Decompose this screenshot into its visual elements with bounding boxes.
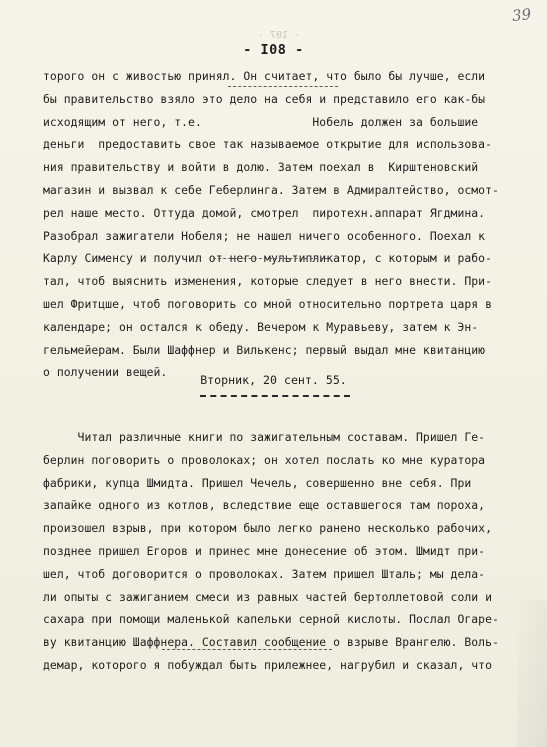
text-line: шел Фритцше, чтоб поговорить со мной отн…: [43, 297, 492, 311]
pencil-underline: [228, 86, 338, 87]
page-edge-shadow: [517, 600, 547, 747]
bleed-through-page-number: - 107 -: [258, 30, 300, 41]
text-line: сахара при помощи маленькой капельки сер…: [43, 612, 499, 626]
date-heading: Вторник, 20 сент. 55.: [0, 373, 547, 387]
date-heading-underline: [200, 395, 350, 397]
text-line: Разобрал зажигатели Нобеля; не нашел нич…: [43, 229, 485, 243]
text-line: ву квитанцию Шаффнера. Составил сообщени…: [43, 635, 499, 649]
text-line: запайке одного из котлов, вследствие еще…: [43, 498, 485, 512]
text-line: Читал различные книги по зажигательным с…: [43, 430, 485, 444]
text-line: деньги предоставить свое так называемое …: [43, 137, 492, 151]
text-line: рел наше место. Оттуда домой, смотрел пи…: [43, 206, 485, 220]
text-line: позднее пришел Егоров и принес мне донес…: [43, 544, 485, 558]
text-line: гельмейерам. Были Шаффнер и Вилькенс; пе…: [43, 343, 485, 357]
text-line: шел, чтоб договорится о проволоках. Зате…: [43, 567, 485, 581]
text-line: тал, чтоб выяснить изменения, которые сл…: [43, 274, 492, 288]
text-line: календаре; он остался к обеду. Вечером к…: [43, 320, 478, 334]
page-number: - I08 -: [0, 42, 547, 58]
text-line: произошел взрыв, при котором было легко …: [43, 521, 492, 535]
text-line: ния правительству и войти в долю. Затем …: [43, 160, 478, 174]
text-line: торого он с живостью принял. Он считает,…: [43, 69, 485, 83]
handwritten-archive-number: 39: [511, 5, 532, 25]
text-line: берлин поговорить о проволоках; он хотел…: [43, 453, 485, 467]
text-line: ли опыты с зажиганием смеси из равных ча…: [43, 590, 492, 604]
text-line: демар, которого я побуждал быть прилежне…: [43, 658, 492, 672]
pencil-underline: [162, 649, 332, 650]
text-line: исходящим от него, т.е. Нобель должен за…: [43, 115, 478, 129]
text-line: магазин и вызвал к себе Геберлинга. Зате…: [43, 183, 499, 197]
text-line: бы правительство взяло это дело на себя …: [43, 92, 485, 106]
text-line: фабрики, купца Шмидта. Пришел Чечель, со…: [43, 476, 471, 490]
typewritten-page: 39 - 107 - - I08 - торого он с живостью …: [0, 0, 547, 747]
pencil-underline: [213, 258, 328, 259]
